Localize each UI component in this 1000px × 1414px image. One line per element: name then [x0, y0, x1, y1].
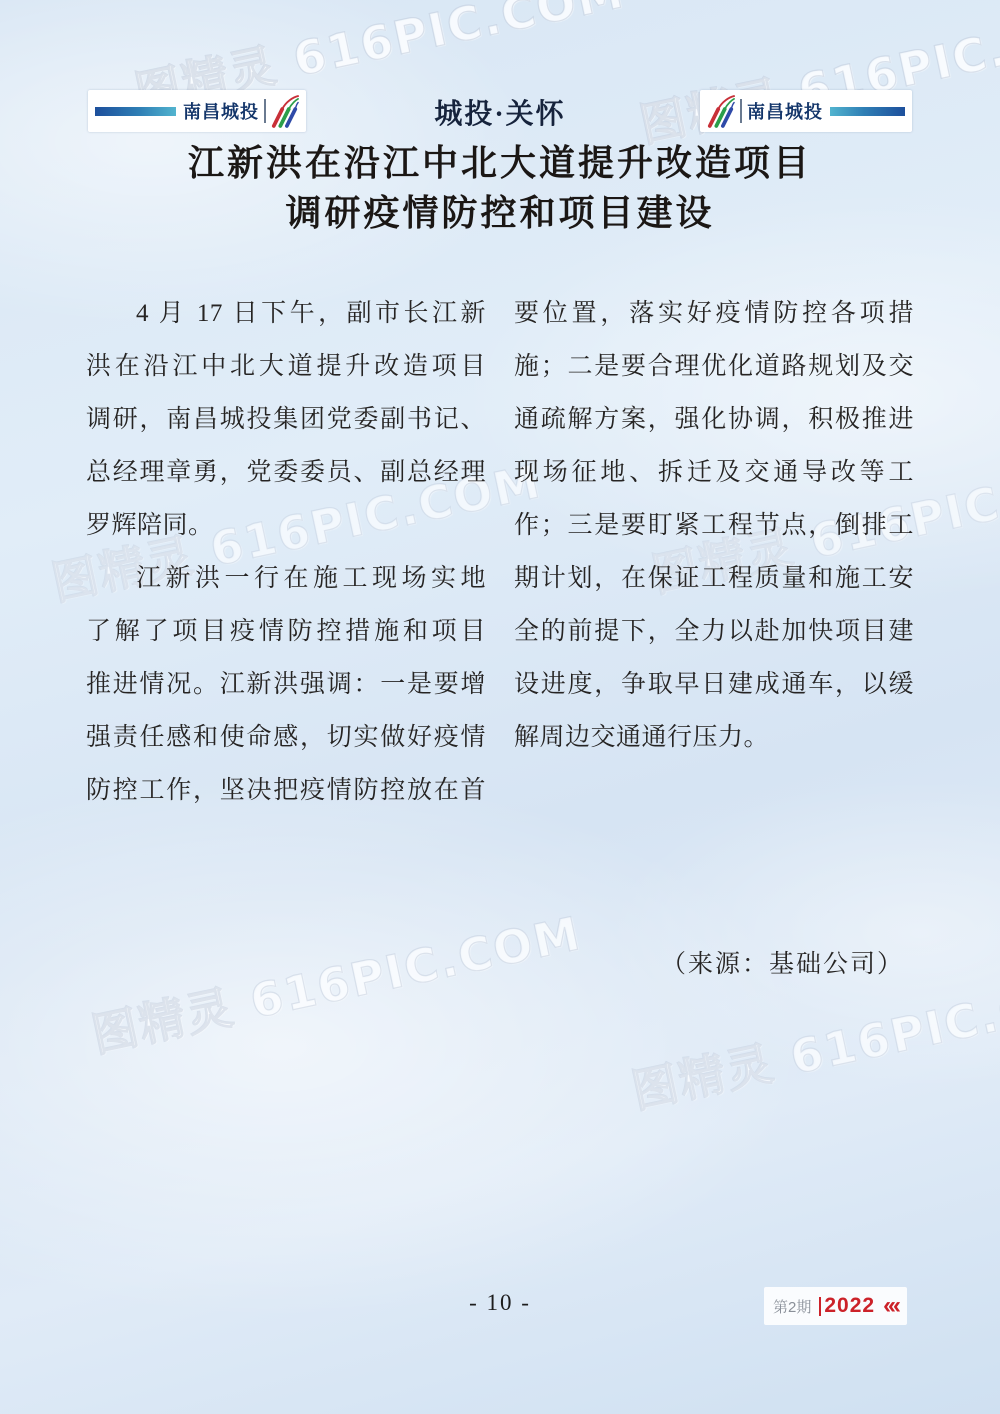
logo-left: 南昌城投 [88, 90, 306, 132]
body-line: 总经理章勇，党委委员、副总经理 [86, 446, 486, 499]
body-line: 调研，南昌城投集团党委副书记、 [86, 393, 486, 446]
left-column: 4 月 17 日下午，副市长江新 洪在沿江中北大道提升改造项目 调研，南昌城投集… [86, 287, 486, 817]
body-line: 通疏解方案，强化协调，积极推进 [514, 393, 914, 446]
logo-left-text: 南昌城投 [183, 98, 259, 124]
document-page: 图精灵 616PIC.COM 图精灵 616PIC.COM 图精灵 616PIC… [0, 0, 1000, 1414]
logo-right: 南昌城投 [700, 90, 912, 132]
body-line: 作；三是要盯紧工程节点，倒排工 [514, 499, 914, 552]
article-title-line2: 调研疫情防控和项目建设 [0, 188, 1000, 238]
body-line: 了解了项目疫情防控措施和项目 [86, 605, 486, 658]
body-line: 强责任感和使命感，切实做好疫情 [86, 711, 486, 764]
article-title: 江新洪在沿江中北大道提升改造项目 调研疫情防控和项目建设 [0, 138, 1000, 238]
body-line: 现场征地、拆迁及交通导改等工 [514, 446, 914, 499]
body-line: 防控工作，坚决把疫情防控放在首 [86, 764, 486, 817]
body-line: 罗辉陪同。 [86, 499, 486, 552]
logo-gradient-bar [95, 107, 176, 116]
body-line: 江新洪一行在施工现场实地 [86, 552, 486, 605]
body-line: 推进情况。江新洪强调：一是要增 [86, 658, 486, 711]
body-line: 施；二是要合理优化道路规划及交 [514, 340, 914, 393]
logo-right-text: 南昌城投 [747, 98, 823, 124]
article-body: 4 月 17 日下午，副市长江新 洪在沿江中北大道提升改造项目 调研，南昌城投集… [86, 287, 914, 817]
swoosh-icon [707, 94, 735, 128]
article-title-line1: 江新洪在沿江中北大道提升改造项目 [0, 138, 1000, 188]
watermark: 图精灵 616PIC.COM [85, 897, 587, 1065]
body-line: 设进度，争取早日建成通车，以缓 [514, 658, 914, 711]
issue-year: 2022 [824, 1294, 875, 1318]
logo-gradient-bar [830, 107, 905, 116]
body-line: 4 月 17 日下午，副市长江新 [86, 287, 486, 340]
issue-badge: 第2期 2022 ‹‹‹ [764, 1287, 907, 1325]
page-header: 城投·关怀 南昌城投 [0, 90, 1000, 134]
chevrons-left-icon: ‹‹‹ [883, 1294, 898, 1318]
red-divider [819, 1297, 821, 1316]
source-attribution: （来源：基础公司） [508, 944, 904, 980]
body-line: 要位置，落实好疫情防控各项措 [514, 287, 914, 340]
body-line: 全的前提下，全力以赴加快项目建 [514, 605, 914, 658]
issue-label: 第2期 [773, 1296, 811, 1317]
body-line: 解周边交通通行压力。 [514, 711, 914, 764]
body-line: 期计划，在保证工程质量和施工安 [514, 552, 914, 605]
right-column: 要位置，落实好疫情防控各项措 施；二是要合理优化道路规划及交 通疏解方案，强化协… [514, 287, 914, 817]
swoosh-icon [271, 94, 299, 128]
logo-separator [740, 99, 742, 123]
body-line: 洪在沿江中北大道提升改造项目 [86, 340, 486, 393]
logo-separator [264, 99, 266, 123]
